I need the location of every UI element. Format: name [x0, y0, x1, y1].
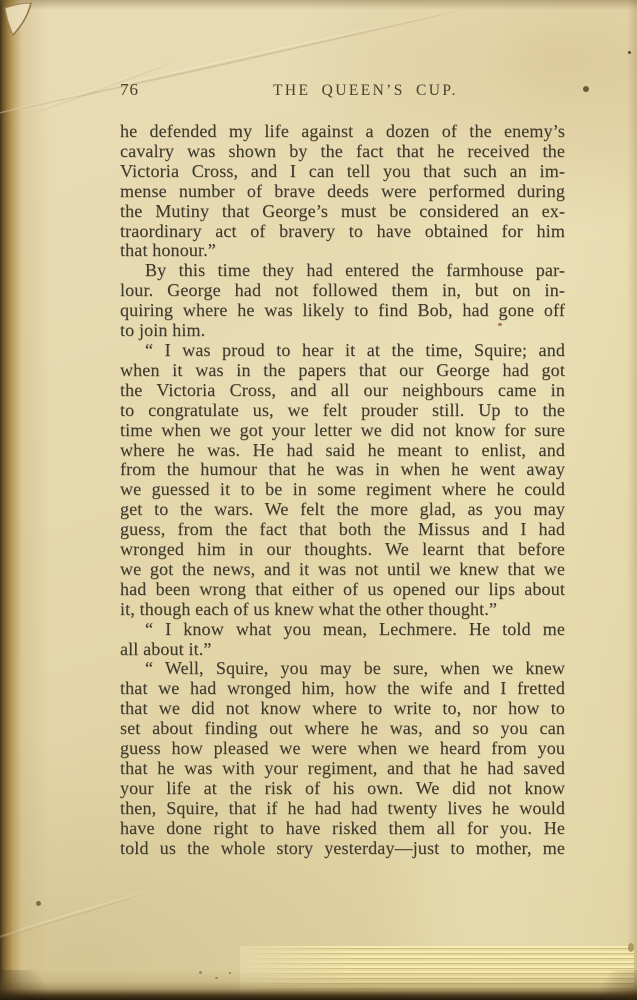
right-edge-shadow: [627, 0, 637, 1000]
text-line: have done right to have risked them all …: [120, 819, 565, 839]
text-line: mense number of brave deeds were perform…: [120, 182, 565, 202]
foxing-speck: [199, 971, 202, 974]
spine-gutter: [0, 0, 50, 1000]
text-line: your life at the risk of his own. We did…: [120, 779, 565, 799]
text-line: the Mutiny that George’s must be conside…: [120, 202, 565, 222]
text-line: all about it.”: [120, 640, 565, 660]
text-line: we guessed it to be in some regiment whe…: [120, 480, 565, 500]
text-line: guess, from the fact that both the Missu…: [120, 520, 565, 540]
text-line: “ I was proud to hear it at the time, Sq…: [120, 341, 565, 361]
text-line: that he was with your regiment, and that…: [120, 759, 565, 779]
text-line: By this time they had entered the farmho…: [120, 261, 565, 281]
text-line: lour. George had not followed them in, b…: [120, 281, 565, 301]
text-line: quiring where he was likely to find Bob,…: [120, 301, 565, 321]
text-line: time when we got your letter we did not …: [120, 421, 565, 441]
top-edge-shadow: [0, 0, 637, 10]
text-line: from the humour that he was in when he w…: [120, 460, 565, 480]
text-line: where he was. He had said he meant to en…: [120, 441, 565, 461]
ink-speck: [583, 86, 589, 92]
text-line: cavalry was shown by the fact that he re…: [120, 142, 565, 162]
text-line: that honour.”: [120, 241, 565, 261]
text-line: traordinary act of bravery to have obtai…: [120, 222, 565, 242]
text-line: guess how pleased we were when we heard …: [120, 739, 565, 759]
page-header: 76 THE QUEEN’S CUP.: [120, 80, 565, 104]
text-line: that we had wronged him, how the wife an…: [120, 679, 565, 699]
text-line: set about finding out where he was, and …: [120, 719, 565, 739]
foxing-speck: [498, 323, 502, 326]
foxing-speck: [229, 972, 231, 974]
foxing-speck: [36, 901, 41, 906]
text-line: Victoria Cross, and I can tell you that …: [120, 162, 565, 182]
page-number: 76: [120, 80, 139, 100]
text-line: get to the wars. We felt the more glad, …: [120, 500, 565, 520]
text-line: “ I know what you mean, Lechmere. He tol…: [120, 620, 565, 640]
text-line: that we did not know where to write to, …: [120, 699, 565, 719]
foxing-speck: [628, 943, 634, 952]
text-line: had been wrong that either of us opened …: [120, 580, 565, 600]
text-line: wronged him in our thoughts. We learnt t…: [120, 540, 565, 560]
foxing-speck: [215, 977, 218, 979]
text-line: it, though each of us knew what the othe…: [120, 600, 565, 620]
running-title: THE QUEEN’S CUP.: [166, 82, 565, 100]
page-bottom-shadow: [0, 970, 637, 1000]
ink-speck: [628, 51, 631, 54]
text-line: “ Well, Squire, you may be sure, when we…: [120, 659, 565, 679]
dog-ear-fold: [0, 0, 60, 60]
text-line: to congratulate us, we felt prouder stil…: [120, 401, 565, 421]
text-line: told us the whole story yesterday—just t…: [120, 839, 565, 859]
text-line: he defended my life against a dozen of t…: [120, 122, 565, 142]
text-line: then, Squire, that if he had had twenty …: [120, 799, 565, 819]
book-page-scan: 76 THE QUEEN’S CUP. he defended my life …: [0, 0, 637, 1000]
text-line: the Victoria Cross, and all our neighbou…: [120, 381, 565, 401]
text-block: he defended my life against a dozen of t…: [120, 122, 565, 859]
text-line: we got the news, and it was not until we…: [120, 560, 565, 580]
text-line: when it was in the papers that our Georg…: [120, 361, 565, 381]
